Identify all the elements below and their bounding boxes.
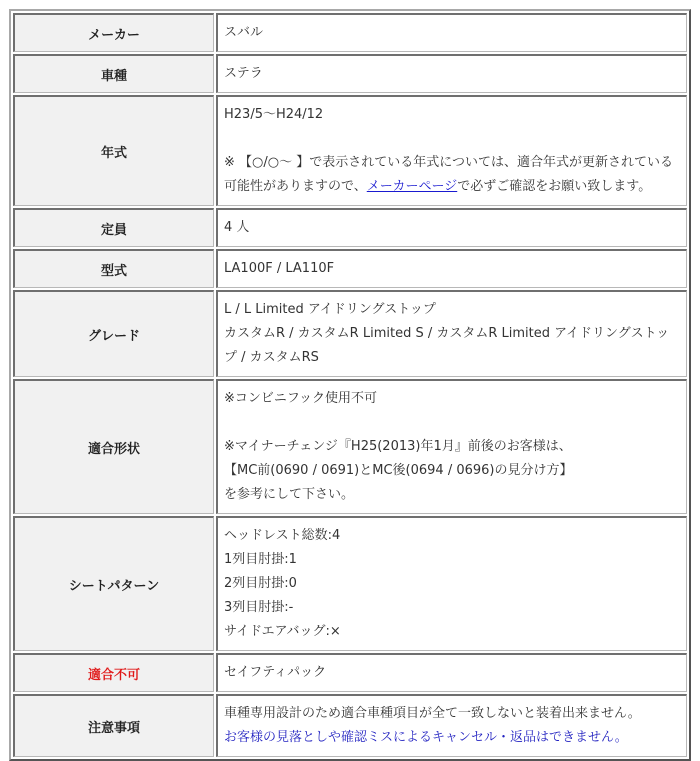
table-row-maker: メーカー スバル [13,13,687,52]
value-seat-pattern: ヘッドレスト総数:4 1列目肘掛:1 2列目肘掛:0 3列目肘掛:- サイドエア… [216,516,687,651]
label-year: 年式 [13,95,214,206]
table-row-year: 年式 H23/5～H24/12 ※ 【○/○～ 】で表示されている年式については… [13,95,687,206]
value-model: ステラ [216,54,687,93]
label-incompatible: 適合不可 [13,653,214,692]
label-capacity: 定員 [13,208,214,247]
seat-pattern-line: ヘッドレスト総数:4 [224,524,680,548]
label-maker: メーカー [13,13,214,52]
spacer [224,411,680,435]
fit-shape-line: ※マイナーチェンジ『H25(2013)年1月』前後のお客様は、 [224,435,680,459]
maker-page-link[interactable]: メーカーページ [367,179,457,194]
table-row-type: 型式 LA100F / LA110F [13,249,687,288]
table-row-incompatible: 適合不可 セイフティパック [13,653,687,692]
seat-pattern-line: 1列目肘掛:1 [224,548,680,572]
label-model: 車種 [13,54,214,93]
value-incompatible: セイフティパック [216,653,687,692]
fit-shape-line: 【MC前(0690 / 0691)とMC後(0694 / 0696)の見分け方】 [224,459,680,483]
grade-line: L / L Limited アイドリングストップ [224,298,680,322]
value-type: LA100F / LA110F [216,249,687,288]
year-note: ※ 【○/○～ 】で表示されている年式については、適合年式が更新されている可能性… [224,155,673,194]
value-notes: 車種専用設計のため適合車種項目が全て一致しないと装着出来ません。 お客様の見落と… [216,694,687,724]
seat-pattern-line: 3列目肘掛:- [224,596,680,620]
table-row-fit-shape: 適合形状 ※コンビニフック使用不可 ※マイナーチェンジ『H25(2013)年1月… [13,379,687,514]
table-row-seat-pattern: シートパターン ヘッドレスト総数:4 1列目肘掛:1 2列目肘掛:0 3列目肘掛… [13,516,687,651]
label-grade: グレード [13,290,214,377]
value-maker: スバル [216,13,687,52]
fit-shape-line: ※コンビニフック使用不可 [224,387,680,411]
year-range: H23/5～H24/12 [224,103,680,127]
label-fit-shape: 適合形状 [13,379,214,514]
table-row-capacity: 定員 4 人 [13,208,687,247]
table-row-notes: 注意事項 車種専用設計のため適合車種項目が全て一致しないと装着出来ません。 お客… [13,694,687,724]
table-row-grade: グレード L / L Limited アイドリングストップ カスタムR / カス… [13,290,687,377]
spacer [224,127,680,151]
notes-line: 車種専用設計のため適合車種項目が全て一致しないと装着出来ません。 [224,702,680,724]
vehicle-spec-table: メーカー スバル 車種 ステラ 年式 H23/5～H24/12 ※ 【○/○～ … [9,9,691,724]
value-grade: L / L Limited アイドリングストップ カスタムR / カスタムR L… [216,290,687,377]
fit-shape-line: を参考にして下さい。 [224,483,680,507]
value-fit-shape: ※コンビニフック使用不可 ※マイナーチェンジ『H25(2013)年1月』前後のお… [216,379,687,514]
seat-pattern-line: 2列目肘掛:0 [224,572,680,596]
table-row-model: 車種 ステラ [13,54,687,93]
value-capacity: 4 人 [216,208,687,247]
label-type: 型式 [13,249,214,288]
label-notes: 注意事項 [13,694,214,724]
grade-line: カスタムR / カスタムR Limited S / カスタムR Limited … [224,322,680,370]
value-year: H23/5～H24/12 ※ 【○/○～ 】で表示されている年式については、適合… [216,95,687,206]
label-seat-pattern: シートパターン [13,516,214,651]
seat-pattern-line: サイドエアバッグ:× [224,620,680,644]
year-note-suffix: で必ずご確認をお願い致します。 [457,179,651,194]
